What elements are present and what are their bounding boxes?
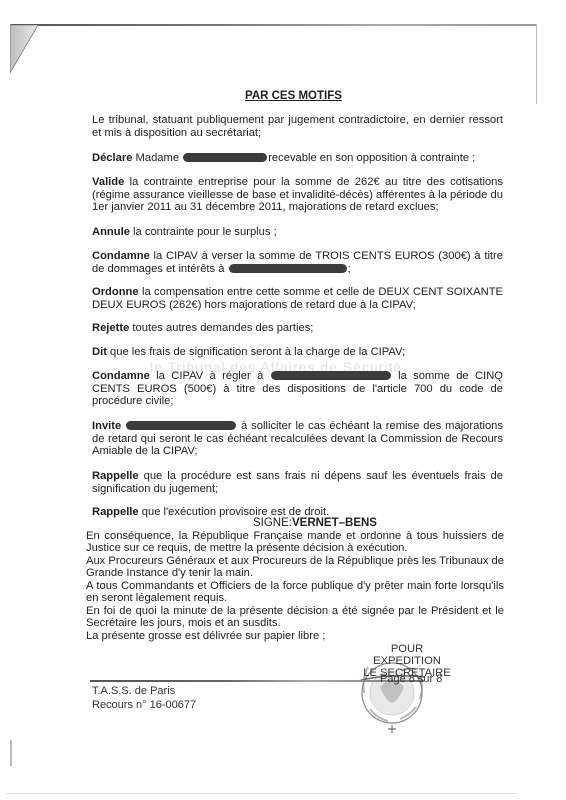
decision-annule: Annule la contrainte pour le surplus ;	[92, 226, 503, 239]
decision-text: toutes autres demandes des parties;	[129, 322, 313, 334]
decision-rappelle-frais: Rappelle que la procédure est sans frais…	[92, 470, 503, 495]
decision-text: la CIPAV à régler à	[150, 370, 270, 382]
decision-verb: Condamne	[92, 250, 150, 262]
intro-paragraph: Le tribunal, statuant publiquement par j…	[92, 114, 503, 139]
decision-declare: Déclare Madame recevable en son oppositi…	[92, 152, 503, 165]
decision-verb: Annule	[92, 226, 130, 238]
redacted-name	[271, 371, 391, 380]
signature-line: SIGNE:VERNET–BENS	[253, 517, 377, 529]
decision-text: que la procédure est sans frais ni dépen…	[92, 470, 503, 495]
formule-executoire-3: A tous Commandants et Officiers de la fo…	[86, 580, 504, 605]
decision-condamne-dommages: Condamne la CIPAV à verser la somme de T…	[92, 250, 503, 275]
redacted-name	[126, 421, 236, 430]
decision-verb: Rappelle	[92, 470, 139, 482]
formule-executoire-2: Aux Procureurs Généraux et aux Procureur…	[86, 555, 504, 580]
decision-verb: Condamne	[92, 370, 150, 382]
decision-verb: Déclare	[92, 152, 132, 164]
decision-text: recevable en son opposition à contrainte…	[268, 152, 475, 164]
formule-executoire-4: En foi de quoi la minute de la présente …	[86, 605, 504, 630]
scan-page-edge-left-bottom	[10, 740, 12, 766]
decision-invite: Invite à solliciter le cas échéant la re…	[92, 420, 503, 458]
footer-court: T.A.S.S. de Paris	[92, 684, 196, 698]
decision-dit: Dit que les frais de signification seron…	[92, 346, 503, 359]
signature-prefix: SIGNE:	[253, 517, 292, 529]
formule-executoire-5: La présente grosse est délivrée sur papi…	[86, 630, 504, 642]
decision-condamne-article-700: Condamne la CIPAV à régler à la somme de…	[92, 370, 503, 408]
decision-text: la contrainte pour le surplus ;	[130, 226, 277, 238]
decision-text: la contrainte entreprise pour la somme d…	[92, 176, 503, 213]
decision-verb: Rappelle	[92, 506, 139, 518]
decision-verb: Ordonne	[92, 286, 139, 298]
decision-verb: Valide	[92, 176, 124, 188]
decision-text: que les frais de signification seront à …	[107, 346, 405, 358]
formule-executoire-1: En conséquence, la République Française …	[86, 530, 504, 555]
scan-page-edge-top	[10, 24, 537, 26]
decision-text	[121, 420, 125, 432]
decision-verb: Rejette	[92, 322, 129, 334]
decision-text: la compensation entre cette somme et cel…	[92, 286, 503, 311]
decision-verb: Invite	[92, 420, 121, 432]
section-title: PAR CES MOTIFS	[245, 90, 342, 102]
footer-case-number: Recours n° 16-00677	[92, 698, 196, 712]
decision-rejette: Rejette toutes autres demandes des parti…	[92, 322, 503, 335]
scan-page-edge-right	[536, 24, 537, 104]
page-corner-fold-icon	[10, 25, 40, 75]
footer-page-number: Page 8 sur 8	[380, 673, 442, 685]
decision-text: ;	[348, 263, 351, 275]
decision-text: Madame	[132, 152, 182, 164]
footer-rule	[90, 680, 424, 682]
redacted-name	[183, 153, 267, 162]
decision-verb: Dit	[92, 346, 107, 358]
signatory-name: VERNET–BENS	[292, 517, 377, 529]
redacted-name	[229, 264, 347, 273]
expedition-line-1: POUR EXPEDITION	[362, 643, 452, 667]
decision-ordonne: Ordonne la compensation entre cette somm…	[92, 286, 503, 311]
footer-court-info: T.A.S.S. de Paris Recours n° 16-00677	[92, 684, 196, 712]
scan-bottom-edge	[5, 793, 517, 794]
decision-valide: Valide la contrainte entreprise pour la …	[92, 176, 503, 214]
